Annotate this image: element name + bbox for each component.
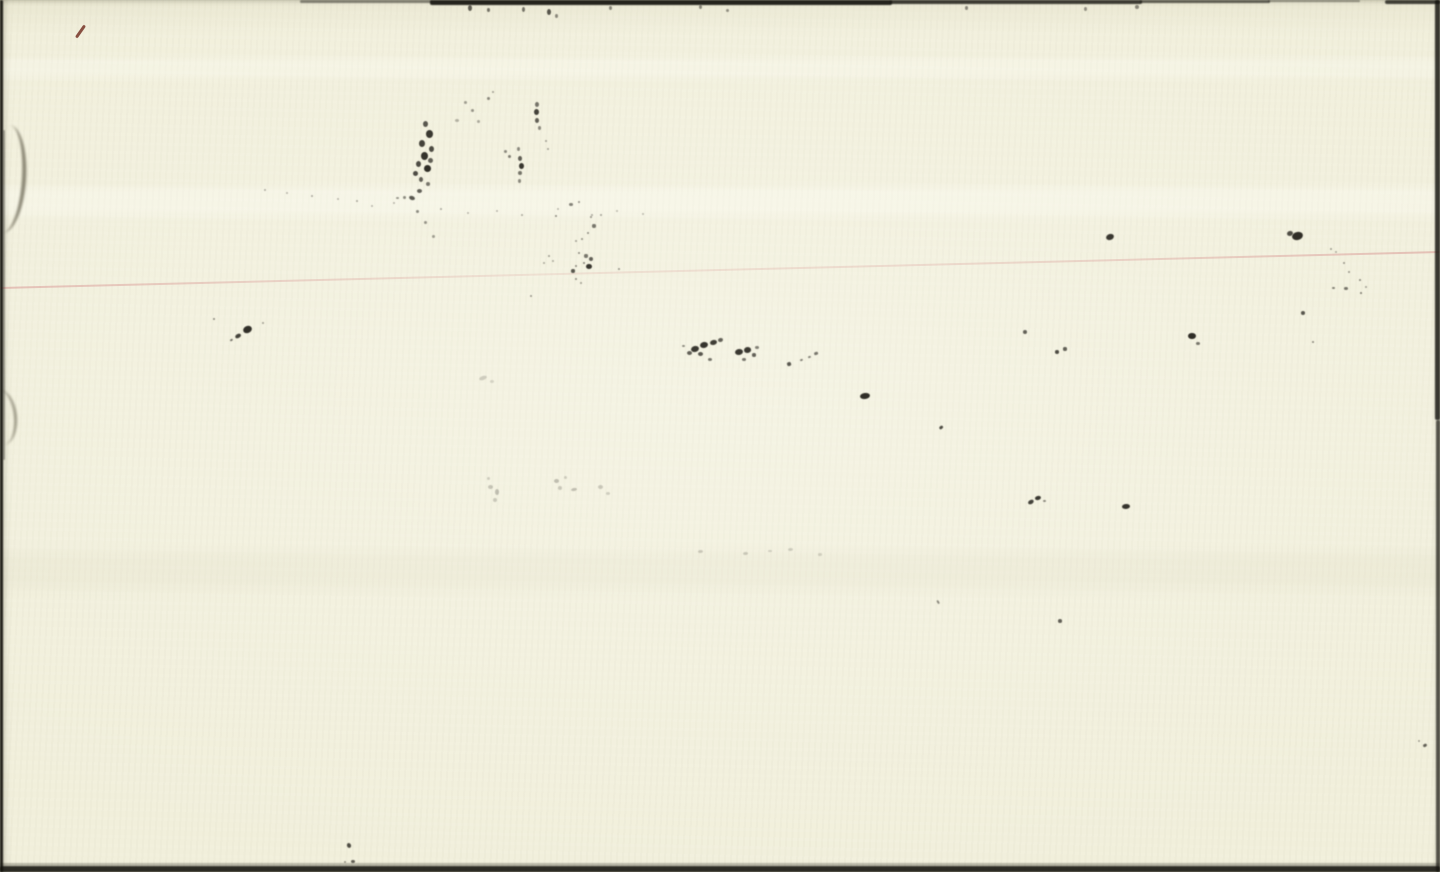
- ink-speck: [545, 140, 547, 142]
- ink-speck: [1423, 743, 1428, 747]
- ink-speck: [477, 120, 480, 123]
- ink-speck: [416, 161, 421, 167]
- ink-speck: [522, 7, 525, 12]
- ink-speck: [468, 5, 472, 11]
- ink-speck: [426, 130, 433, 138]
- ink-speck: [455, 119, 459, 122]
- ink-specks: [0, 0, 1440, 872]
- ink-speck: [487, 97, 490, 100]
- ink-speck: [569, 203, 572, 206]
- ink-speck: [1359, 279, 1362, 281]
- ink-speck: [552, 260, 554, 262]
- ink-speck: [351, 860, 355, 863]
- ink-speck: [1188, 333, 1196, 339]
- ink-speck: [417, 189, 422, 193]
- ink-speck: [687, 351, 692, 355]
- ink-speck: [535, 102, 539, 107]
- ink-speck: [587, 232, 590, 235]
- ink-speck: [432, 235, 435, 238]
- ink-speck: [508, 155, 511, 158]
- ink-speck: [493, 498, 497, 502]
- ink-speck: [547, 148, 549, 150]
- ink-speck: [578, 201, 581, 203]
- ink-speck: [755, 346, 759, 349]
- ink-speck: [464, 101, 467, 104]
- ink-speck: [424, 165, 431, 172]
- ink-speck: [518, 171, 522, 175]
- ink-speck: [1055, 350, 1060, 354]
- ink-speck: [1343, 262, 1345, 264]
- ink-speck: [487, 8, 490, 12]
- ink-speck: [581, 238, 584, 240]
- ink-speck: [1027, 499, 1034, 506]
- ink-speck: [423, 121, 428, 127]
- ink-speck: [371, 205, 373, 207]
- ink-speck: [860, 392, 871, 400]
- ink-speck: [241, 324, 252, 334]
- ink-speck: [419, 140, 425, 147]
- ink-speck: [488, 485, 493, 489]
- ink-speck: [471, 109, 474, 112]
- ink-speck: [586, 264, 592, 269]
- ink-speck: [467, 212, 469, 214]
- ink-speck: [413, 171, 418, 176]
- ink-speck: [555, 14, 558, 18]
- ink-speck: [396, 197, 399, 199]
- ink-speck: [580, 282, 582, 284]
- ink-speck: [799, 358, 803, 361]
- ink-speck: [575, 265, 578, 268]
- ink-speck: [504, 150, 507, 153]
- ink-speck: [403, 196, 406, 199]
- ink-speck: [571, 269, 574, 272]
- ink-speck: [600, 214, 602, 216]
- ink-speck: [408, 195, 415, 201]
- ink-speck: [814, 351, 818, 355]
- ink-speck: [538, 126, 541, 130]
- ink-speck: [936, 600, 940, 604]
- ink-speck: [1312, 341, 1315, 343]
- ink-speck: [344, 861, 346, 863]
- ink-speck: [555, 215, 558, 218]
- ink-speck: [708, 358, 712, 361]
- ink-speck: [1330, 248, 1332, 250]
- ink-speck: [590, 216, 593, 218]
- ink-speck: [1301, 311, 1305, 315]
- ink-speck: [1063, 347, 1067, 350]
- ink-speck: [1058, 619, 1062, 623]
- ink-speck: [1135, 5, 1139, 9]
- ink-speck: [807, 355, 811, 358]
- ink-speck: [742, 551, 747, 554]
- ink-speck: [616, 210, 618, 212]
- ink-speck: [592, 224, 595, 227]
- ink-speck: [419, 177, 423, 182]
- ink-speck: [286, 192, 288, 194]
- ink-speck: [490, 380, 494, 383]
- ink-speck: [554, 479, 559, 483]
- ink-speck: [583, 262, 586, 265]
- ink-speck: [496, 210, 498, 212]
- ink-speck: [1360, 292, 1363, 295]
- ink-speck: [1105, 233, 1115, 241]
- ink-speck: [939, 425, 944, 430]
- ink-speck: [589, 257, 593, 261]
- ink-speck: [518, 179, 521, 183]
- ink-speck: [1023, 330, 1027, 334]
- ink-speck: [598, 485, 603, 489]
- ink-speck: [575, 278, 578, 281]
- ink-speck: [1332, 287, 1335, 290]
- ink-speck: [543, 262, 545, 264]
- ink-speck: [356, 200, 359, 202]
- ink-speck: [548, 255, 551, 257]
- ink-speck: [1122, 503, 1130, 509]
- ink-speck: [426, 182, 430, 186]
- ink-speck: [699, 341, 708, 349]
- ink-speck: [682, 345, 685, 347]
- ink-speck: [642, 213, 644, 215]
- ink-speck: [429, 146, 434, 152]
- ink-speck: [517, 147, 520, 151]
- ink-speck: [1344, 287, 1347, 290]
- ink-speck: [1348, 271, 1350, 273]
- ink-speck: [698, 352, 703, 356]
- ink-speck: [726, 9, 729, 12]
- ink-speck: [1196, 342, 1200, 345]
- ink-speck: [479, 375, 488, 381]
- ink-speck: [492, 91, 494, 93]
- ink-speck: [235, 333, 242, 339]
- ink-speck: [424, 221, 427, 224]
- ink-speck: [530, 295, 533, 298]
- ink-speck: [213, 318, 216, 321]
- ink-speck: [264, 189, 266, 191]
- ink-speck: [564, 476, 567, 479]
- ink-speck: [440, 208, 443, 210]
- ink-speck: [742, 358, 746, 361]
- ink-speck: [1365, 286, 1367, 288]
- ink-speck: [521, 214, 524, 216]
- ink-speck: [421, 152, 428, 160]
- ink-speck: [818, 553, 822, 556]
- ink-speck: [786, 362, 791, 367]
- ink-speck: [609, 6, 612, 10]
- ink-speck: [709, 339, 717, 346]
- ink-speck: [534, 109, 539, 115]
- ink-speck: [535, 118, 539, 123]
- ink-speck: [787, 547, 792, 550]
- ink-speck: [717, 337, 723, 342]
- ink-speck: [1084, 7, 1087, 11]
- ink-speck: [557, 208, 559, 210]
- ink-speck: [558, 486, 562, 490]
- ink-speck: [393, 202, 395, 204]
- ink-speck: [428, 158, 433, 163]
- ink-speck: [495, 489, 499, 495]
- ink-speck: [519, 163, 524, 169]
- ink-speck: [752, 353, 756, 357]
- ink-speck: [735, 348, 744, 355]
- ink-speck: [311, 195, 314, 197]
- ink-speck: [578, 252, 581, 255]
- ink-speck: [229, 338, 233, 342]
- ink-speck: [1043, 500, 1046, 503]
- ink-speck: [262, 322, 264, 324]
- ink-speck: [1035, 495, 1042, 501]
- ink-speck: [584, 254, 587, 257]
- ink-speck: [416, 210, 419, 213]
- ink-speck: [965, 6, 968, 10]
- ink-speck: [346, 842, 351, 848]
- ink-speck: [518, 156, 522, 161]
- ink-speck: [1335, 251, 1337, 253]
- ink-speck: [743, 347, 751, 354]
- ink-speck: [1418, 740, 1420, 742]
- ink-speck: [768, 550, 772, 553]
- ink-speck: [575, 240, 577, 242]
- ink-speck: [606, 492, 610, 495]
- ink-speck: [337, 198, 339, 200]
- ink-speck: [618, 268, 621, 270]
- ink-speck: [571, 487, 577, 491]
- ink-speck: [699, 5, 702, 9]
- ink-speck: [487, 477, 490, 480]
- ink-speck: [547, 9, 551, 15]
- ink-speck: [697, 549, 702, 552]
- scanned-card: [0, 0, 1440, 872]
